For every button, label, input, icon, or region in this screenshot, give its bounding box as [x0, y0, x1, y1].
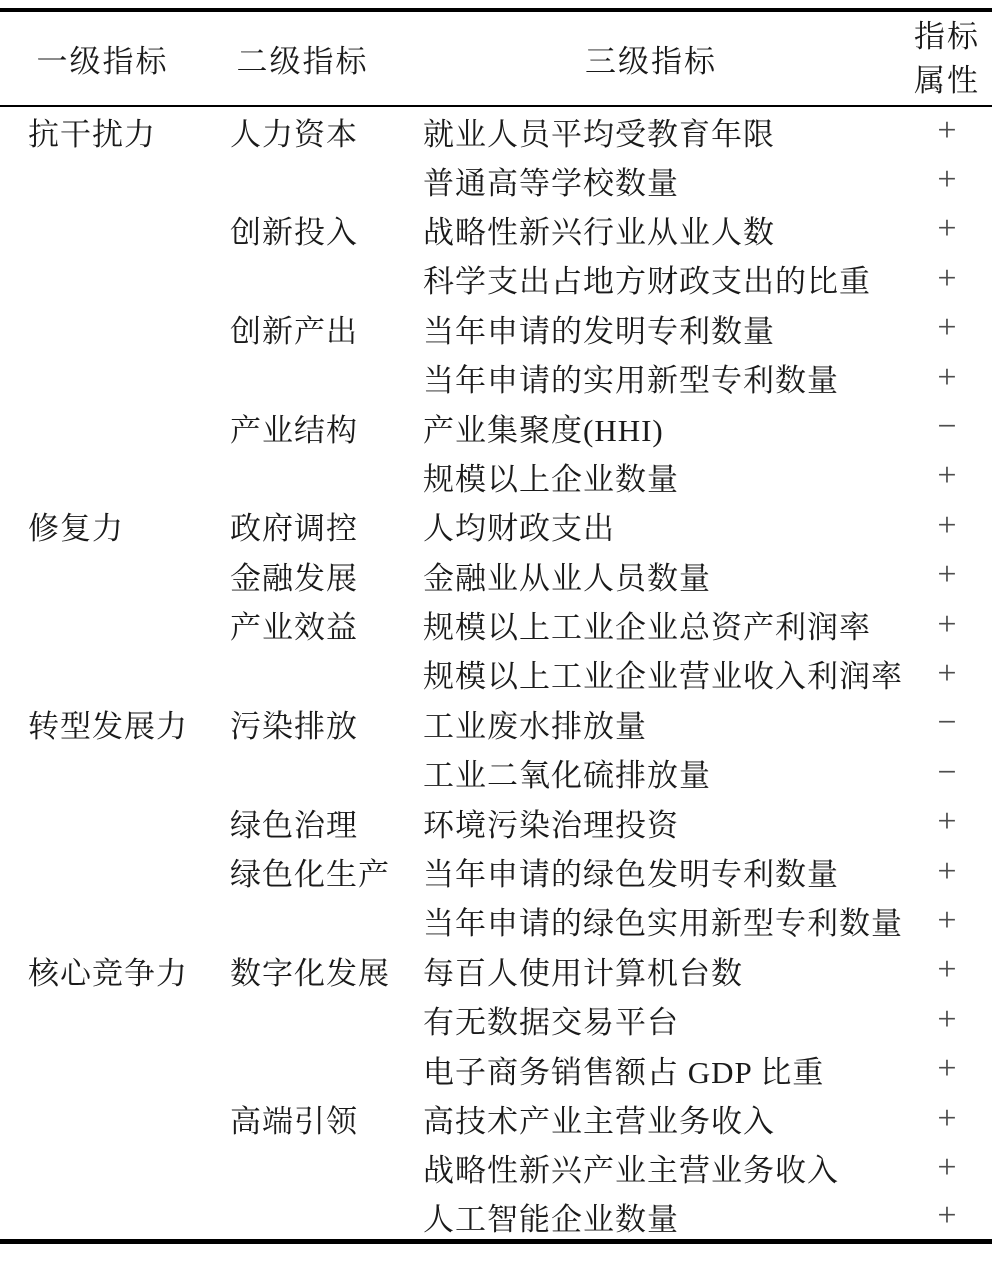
cell-level1-indicator: [0, 1044, 205, 1093]
cell-level2-indicator: 创新产出: [205, 304, 400, 353]
cell-indicator-attribute: +: [902, 1094, 992, 1143]
cell-indicator-attribute: +: [902, 353, 992, 402]
cell-level1-indicator: [0, 1143, 205, 1192]
cell-level1-indicator: [0, 551, 205, 600]
cell-indicator-attribute: +: [902, 1193, 992, 1242]
table-row: 抗干扰力 人力资本 就业人员平均受教育年限 +: [0, 106, 992, 155]
cell-level2-indicator: 数字化发展: [205, 946, 400, 995]
cell-level1-indicator: [0, 797, 205, 846]
cell-indicator-attribute: +: [902, 847, 992, 896]
cell-indicator-attribute: +: [902, 205, 992, 254]
cell-indicator-attribute: +: [902, 995, 992, 1044]
cell-level1-indicator: [0, 847, 205, 896]
cell-level2-indicator: [205, 748, 400, 797]
cell-level2-indicator: [205, 1193, 400, 1242]
table-row: 规模以上工业企业营业收入利润率 +: [0, 649, 992, 698]
cell-level3-indicator: 金融业从业人员数量: [400, 551, 902, 600]
header-row: 一级指标 二级指标 三级指标 指标 属性: [0, 10, 992, 106]
table-row: 电子商务销售额占 GDP 比重 +: [0, 1044, 992, 1093]
cell-level3-indicator: 就业人员平均受教育年限: [400, 106, 902, 155]
cell-indicator-attribute: +: [902, 1044, 992, 1093]
header-indicator-attribute-line2: 属性: [902, 59, 992, 103]
table-row: 创新产出 当年申请的发明专利数量 +: [0, 304, 992, 353]
table-row: 转型发展力 污染排放 工业废水排放量 −: [0, 699, 992, 748]
cell-level2-indicator: [205, 649, 400, 698]
cell-indicator-attribute: +: [902, 896, 992, 945]
cell-level2-indicator: [205, 1044, 400, 1093]
cell-level3-indicator: 当年申请的实用新型专利数量: [400, 353, 902, 402]
cell-level3-indicator: 工业废水排放量: [400, 699, 902, 748]
header-indicator-attribute-line1: 指标: [902, 15, 992, 59]
table-row: 修复力 政府调控 人均财政支出 +: [0, 501, 992, 550]
cell-level2-indicator: 高端引领: [205, 1094, 400, 1143]
cell-level3-indicator: 普通高等学校数量: [400, 155, 902, 204]
table-row: 工业二氧化硫排放量 −: [0, 748, 992, 797]
cell-level2-indicator: 创新投入: [205, 205, 400, 254]
table-row: 有无数据交易平台 +: [0, 995, 992, 1044]
cell-level3-indicator: 有无数据交易平台: [400, 995, 902, 1044]
cell-level2-indicator: [205, 353, 400, 402]
paper-table-page: 一级指标 二级指标 三级指标 指标 属性 抗干扰力 人力资本 就业人员平均受教育…: [0, 0, 992, 1264]
cell-level3-indicator: 当年申请的绿色发明专利数量: [400, 847, 902, 896]
cell-level2-indicator: 产业效益: [205, 600, 400, 649]
cell-level3-indicator: 战略性新兴行业从业人数: [400, 205, 902, 254]
cell-level2-indicator: [205, 155, 400, 204]
cell-level3-indicator: 产业集聚度(HHI): [400, 402, 902, 451]
table-row: 人工智能企业数量 +: [0, 1193, 992, 1242]
cell-level2-indicator: 污染排放: [205, 699, 400, 748]
cell-level2-indicator: [205, 254, 400, 303]
table-row: 核心竞争力 数字化发展 每百人使用计算机台数 +: [0, 946, 992, 995]
table-row: 规模以上企业数量 +: [0, 452, 992, 501]
cell-level2-indicator: 绿色治理: [205, 797, 400, 846]
cell-level3-indicator: 人工智能企业数量: [400, 1193, 902, 1242]
header-level3-indicator: 三级指标: [400, 10, 902, 106]
table-header: 一级指标 二级指标 三级指标 指标 属性: [0, 10, 992, 106]
cell-level1-indicator: [0, 1193, 205, 1242]
table-row: 高端引领 高技术产业主营业务收入 +: [0, 1094, 992, 1143]
table-body: 抗干扰力 人力资本 就业人员平均受教育年限 + 普通高等学校数量 + 创新投入 …: [0, 106, 992, 1242]
cell-level1-indicator: [0, 205, 205, 254]
cell-indicator-attribute: +: [902, 106, 992, 155]
cell-indicator-attribute: +: [902, 501, 992, 550]
cell-level1-indicator: [0, 600, 205, 649]
table-row: 科学支出占地方财政支出的比重 +: [0, 254, 992, 303]
cell-indicator-attribute: +: [902, 551, 992, 600]
table-row: 战略性新兴产业主营业务收入 +: [0, 1143, 992, 1192]
cell-indicator-attribute: +: [902, 254, 992, 303]
cell-level3-indicator: 电子商务销售额占 GDP 比重: [400, 1044, 902, 1093]
cell-indicator-attribute: +: [902, 797, 992, 846]
cell-level2-indicator: 人力资本: [205, 106, 400, 155]
cell-level1-indicator: 修复力: [0, 501, 205, 550]
table-row: 产业效益 规模以上工业企业总资产利润率 +: [0, 600, 992, 649]
cell-level3-indicator: 高技术产业主营业务收入: [400, 1094, 902, 1143]
cell-level2-indicator: [205, 1143, 400, 1192]
cell-level1-indicator: 抗干扰力: [0, 106, 205, 155]
cell-level3-indicator: 工业二氧化硫排放量: [400, 748, 902, 797]
cell-level3-indicator: 科学支出占地方财政支出的比重: [400, 254, 902, 303]
table-row: 当年申请的实用新型专利数量 +: [0, 353, 992, 402]
table-row: 产业结构 产业集聚度(HHI) −: [0, 402, 992, 451]
cell-level1-indicator: [0, 402, 205, 451]
cell-level3-indicator: 环境污染治理投资: [400, 797, 902, 846]
table-row: 金融发展 金融业从业人员数量 +: [0, 551, 992, 600]
cell-indicator-attribute: −: [902, 402, 992, 451]
cell-indicator-attribute: +: [902, 155, 992, 204]
table-row: 绿色化生产 当年申请的绿色发明专利数量 +: [0, 847, 992, 896]
cell-level2-indicator: 金融发展: [205, 551, 400, 600]
cell-level2-indicator: [205, 452, 400, 501]
cell-level1-indicator: [0, 896, 205, 945]
cell-level2-indicator: [205, 995, 400, 1044]
cell-level3-indicator: 人均财政支出: [400, 501, 902, 550]
cell-level3-indicator: 当年申请的绿色实用新型专利数量: [400, 896, 902, 945]
cell-level2-indicator: [205, 896, 400, 945]
cell-level2-indicator: 绿色化生产: [205, 847, 400, 896]
indicator-table: 一级指标 二级指标 三级指标 指标 属性 抗干扰力 人力资本 就业人员平均受教育…: [0, 8, 992, 1244]
cell-level2-indicator: 产业结构: [205, 402, 400, 451]
table-row: 当年申请的绿色实用新型专利数量 +: [0, 896, 992, 945]
cell-level1-indicator: [0, 995, 205, 1044]
cell-level3-indicator: 每百人使用计算机台数: [400, 946, 902, 995]
header-level2-indicator: 二级指标: [205, 10, 400, 106]
cell-indicator-attribute: +: [902, 649, 992, 698]
cell-level1-indicator: 核心竞争力: [0, 946, 205, 995]
cell-level3-indicator: 规模以上企业数量: [400, 452, 902, 501]
table-row: 创新投入 战略性新兴行业从业人数 +: [0, 205, 992, 254]
table-row: 绿色治理 环境污染治理投资 +: [0, 797, 992, 846]
cell-level1-indicator: [0, 254, 205, 303]
cell-level1-indicator: 转型发展力: [0, 699, 205, 748]
cell-level1-indicator: [0, 1094, 205, 1143]
cell-indicator-attribute: +: [902, 1143, 992, 1192]
cell-level3-indicator: 规模以上工业企业总资产利润率: [400, 600, 902, 649]
cell-level1-indicator: [0, 304, 205, 353]
header-level1-indicator: 一级指标: [0, 10, 205, 106]
cell-indicator-attribute: +: [902, 600, 992, 649]
cell-level1-indicator: [0, 649, 205, 698]
cell-level3-indicator: 当年申请的发明专利数量: [400, 304, 902, 353]
cell-level2-indicator: 政府调控: [205, 501, 400, 550]
cell-indicator-attribute: +: [902, 304, 992, 353]
cell-indicator-attribute: −: [902, 748, 992, 797]
cell-level1-indicator: [0, 155, 205, 204]
cell-indicator-attribute: +: [902, 452, 992, 501]
cell-level1-indicator: [0, 748, 205, 797]
table-row: 普通高等学校数量 +: [0, 155, 992, 204]
header-indicator-attribute: 指标 属性: [902, 10, 992, 106]
cell-indicator-attribute: +: [902, 946, 992, 995]
cell-level1-indicator: [0, 452, 205, 501]
cell-level3-indicator: 规模以上工业企业营业收入利润率: [400, 649, 902, 698]
cell-level1-indicator: [0, 353, 205, 402]
cell-indicator-attribute: −: [902, 699, 992, 748]
cell-level3-indicator: 战略性新兴产业主营业务收入: [400, 1143, 902, 1192]
